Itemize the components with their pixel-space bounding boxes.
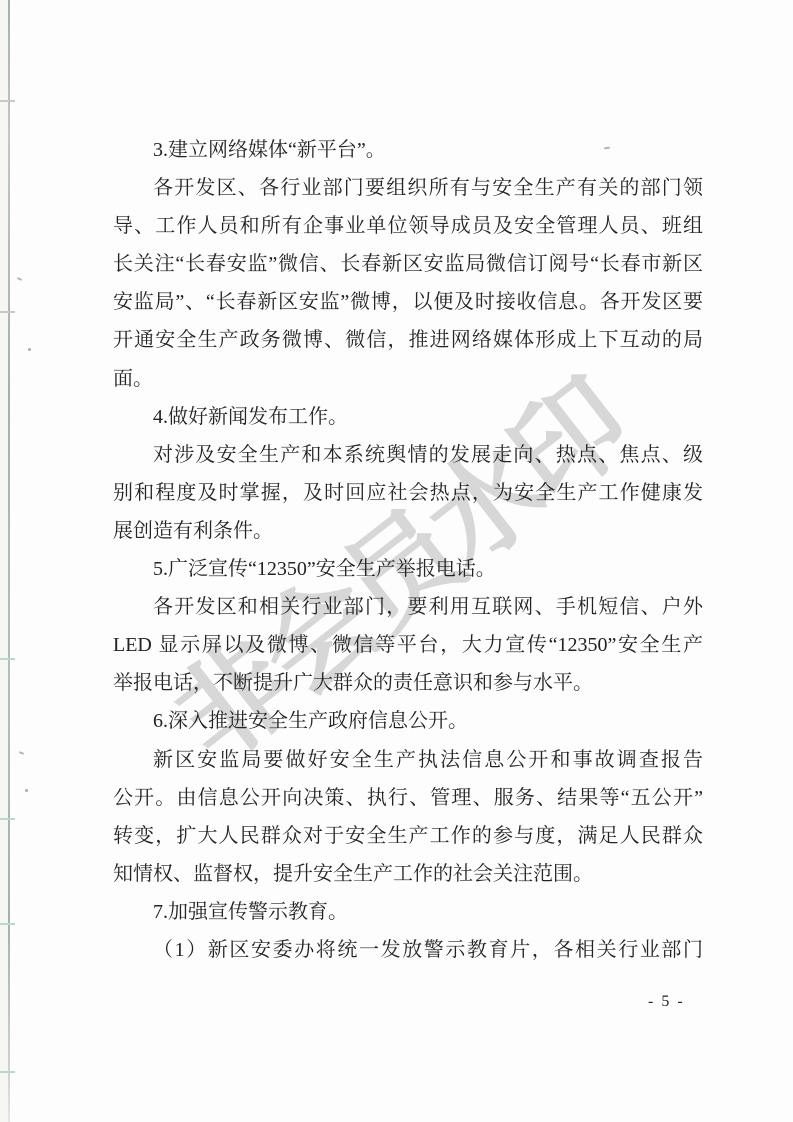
- text-line: 展创造有利条件。: [113, 512, 703, 550]
- text-line: 举报电话，不断提升广大群众的责任意识和参与水平。: [113, 664, 703, 702]
- text-line: 开通安全生产政务微博、微信，推进网络媒体形成上下互动的局: [113, 321, 703, 359]
- text-line: 长关注“长春安监”微信、长春新区安监局微信订阅号“长春市新区: [113, 245, 703, 283]
- scan-edge-line: [8, 0, 10, 1122]
- scan-artifact-tick: [0, 818, 15, 820]
- text-line: 转变，扩大人民群众对于安全生产工作的参与度，满足人民群众: [113, 817, 703, 855]
- text-line: 安监局”、“长春新区安监”微博，以便及时接收信息。各开发区要: [113, 283, 703, 321]
- text-line: LED 显示屏以及微博、微信等平台，大力宣传“12350”安全生产: [113, 626, 703, 664]
- text-line: 4.做好新闻发布工作。: [113, 398, 703, 436]
- scan-artifact-tick: [0, 658, 15, 660]
- scan-artifact-tick: [0, 100, 15, 102]
- text-line: 新区安监局要做好安全生产执法信息公开和事故调查报告: [113, 741, 703, 779]
- text-line: 5.广泛宣传“12350”安全生产举报电话。: [113, 550, 703, 588]
- text-line: 各开发区和相关行业部门，要利用互联网、手机短信、户外: [113, 588, 703, 626]
- text-line: 面。: [113, 360, 703, 398]
- scan-edge-strip: [0, 0, 8, 1122]
- scan-speck: [28, 348, 31, 351]
- scan-speck: [19, 751, 24, 755]
- text-line: 导、工作人员和所有企事业单位领导成员及安全管理人员、班组: [113, 207, 703, 245]
- scan-artifact-tick: [0, 1071, 15, 1073]
- scan-artifact-tick: [0, 311, 15, 313]
- text-line: 6.深入推进安全生产政府信息公开。: [113, 702, 703, 740]
- text-line: 别和程度及时掌握，及时回应社会热点，为安全生产工作健康发: [113, 474, 703, 512]
- scanned-document-page: 非会员水印 3.建立网络媒体“新平台”。各开发区、各行业部门要组织所有与安全生产…: [0, 0, 793, 1122]
- document-body: 3.建立网络媒体“新平台”。各开发区、各行业部门要组织所有与安全生产有关的部门领…: [113, 131, 703, 969]
- page-number: - 5 -: [648, 993, 685, 1011]
- text-line: 知情权、监督权，提升安全生产工作的社会关注范围。: [113, 855, 703, 893]
- scan-speck: [17, 277, 22, 281]
- text-line: 对涉及安全生产和本系统舆情的发展走向、热点、焦点、级: [113, 436, 703, 474]
- text-line: （1）新区安委办将统一发放警示教育片，各相关行业部门: [113, 931, 703, 969]
- scan-speck: [25, 789, 28, 792]
- text-line: 公开。由信息公开向决策、执行、管理、服务、结果等“五公开”: [113, 779, 703, 817]
- text-line: 3.建立网络媒体“新平台”。: [113, 131, 703, 169]
- text-line: 各开发区、各行业部门要组织所有与安全生产有关的部门领: [113, 169, 703, 207]
- text-line: 7.加强宣传警示教育。: [113, 893, 703, 931]
- scan-artifact-tick: [0, 923, 15, 925]
